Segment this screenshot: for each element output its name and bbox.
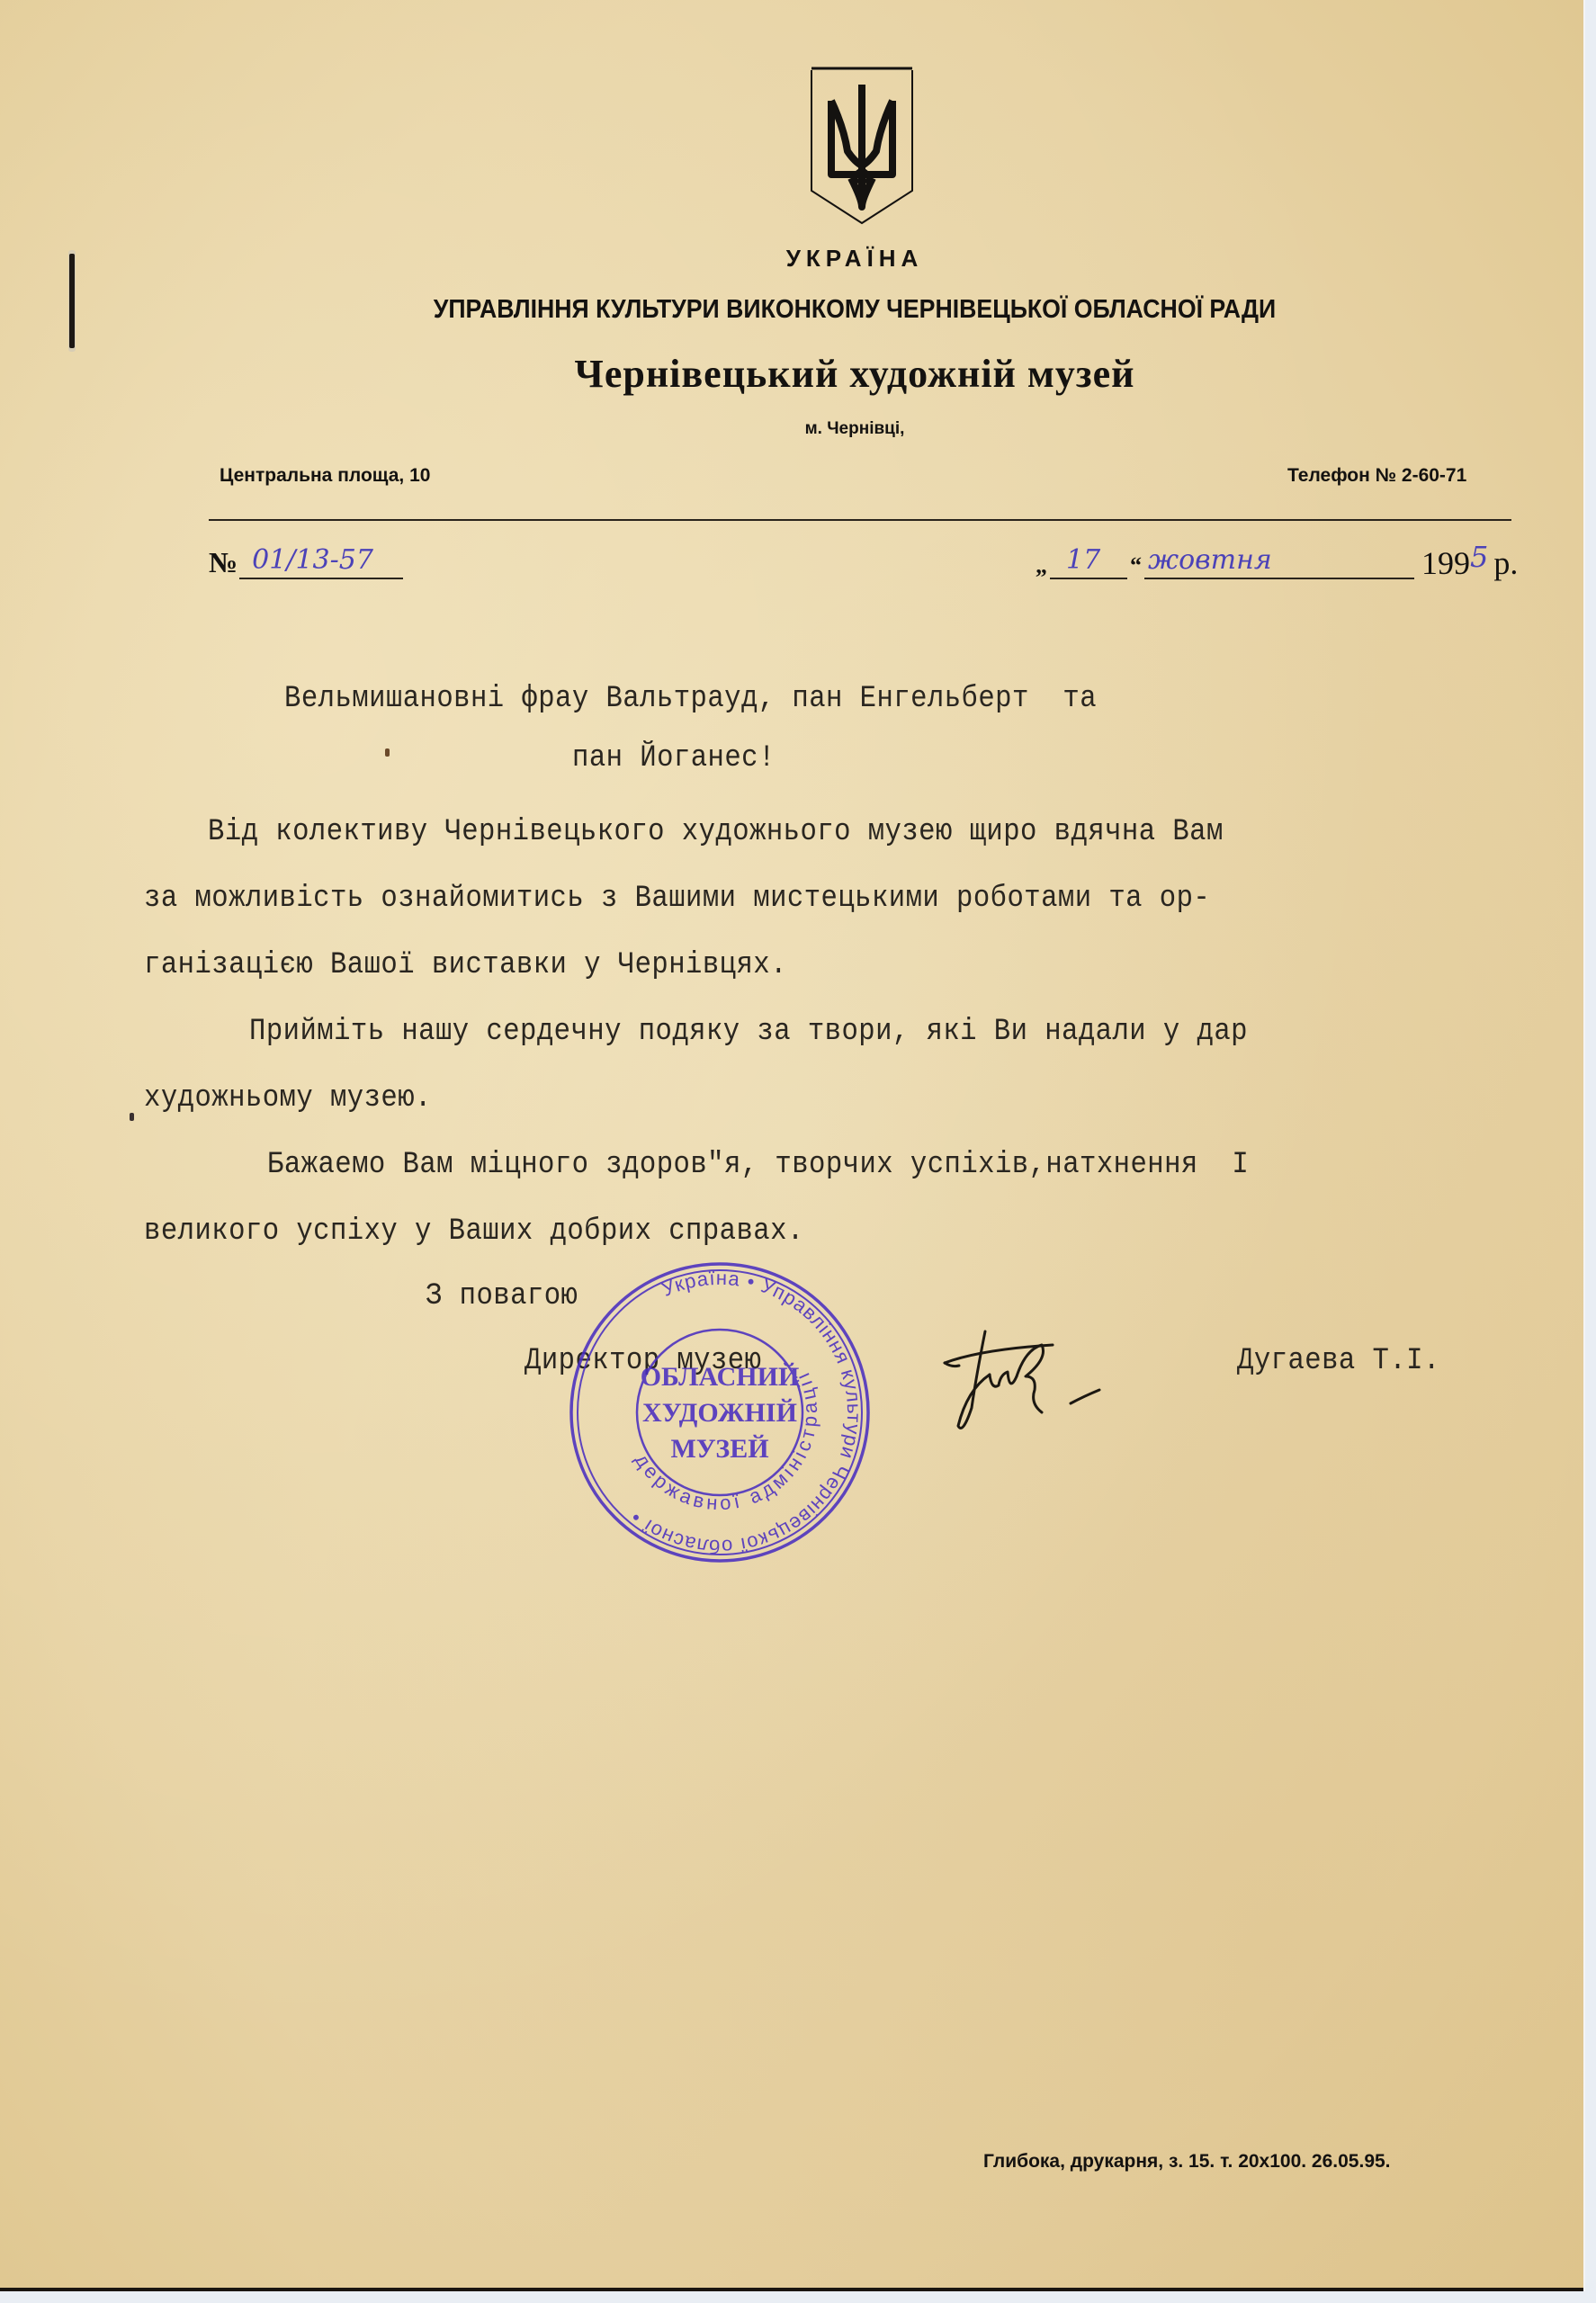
date-month-blank: жовтня — [1144, 545, 1414, 579]
reference-number-blank: 01/13-57 — [239, 545, 403, 579]
handwritten-signature — [936, 1322, 1134, 1439]
date-open-quote: „ — [1036, 552, 1047, 579]
paragraph-3-line-2: великого успіху у Ваших добрих справах. — [144, 1214, 804, 1249]
paragraph-3-line-1: Бажаемо Вам міцного здоров"я, творчих ус… — [267, 1148, 1249, 1182]
trident-coat-of-arms-icon — [808, 65, 916, 227]
paragraph-2-line-2: художньому музею. — [144, 1081, 432, 1116]
date-day-blank: 17 — [1050, 545, 1127, 579]
institution-title: Чернівецький художній музей — [405, 351, 1305, 397]
department-heading: УПРАВЛІННЯ КУЛЬТУРИ ВИКОНКОМУ ЧЕРНІВЕЦЬК… — [399, 295, 1310, 325]
ink-speck — [130, 1113, 134, 1121]
number-sign-label: № — [209, 546, 238, 579]
signatory-name: Дугаева Т.І. — [1237, 1344, 1440, 1378]
date-close-quote: “ — [1130, 552, 1142, 579]
header-divider — [209, 519, 1511, 521]
closing-line: З повагою — [426, 1279, 578, 1313]
year-printed: 199 — [1421, 547, 1470, 579]
paragraph-1-line-3: ганізацією Вашої виставки у Чернівцях. — [144, 948, 787, 982]
stamp-center-line-3: МУЗЕЙ — [670, 1434, 768, 1464]
paragraph-1-line-2: за можливість ознайомитись з Вашими мист… — [144, 882, 1210, 916]
stamp-center-line-1: ОБЛАСНИЙ — [641, 1362, 800, 1392]
date-field: „ 17 “ жовтня 199 5 р. — [1033, 543, 1518, 579]
ink-speck — [385, 748, 390, 757]
staple — [69, 254, 75, 348]
printer-imprint: Глибока, друкарня, з. 15. т. 20х100. 26.… — [983, 2151, 1391, 2173]
paragraph-1-line-1: Від колективу Чернівецького художнього м… — [208, 815, 1224, 849]
reference-number-field: № 01/13-57 — [209, 543, 403, 579]
reference-number-value: 01/13-57 — [252, 544, 373, 576]
phone-line: Телефон № 2-60-71 — [1287, 465, 1466, 487]
official-round-stamp: Україна • Управління культури Чернівецьк… — [562, 1259, 877, 1565]
salutation-line-1: Вельмишановні фрау Вальтрауд, пан Енгель… — [284, 682, 1097, 716]
letter-page: УКРАЇНА УПРАВЛІННЯ КУЛЬТУРИ ВИКОНКОМУ ЧЕ… — [0, 0, 1583, 2291]
date-month-value: жовтня — [1148, 544, 1272, 576]
year-handwritten: 5 — [1470, 540, 1488, 574]
date-day-value: 17 — [1066, 544, 1100, 576]
year-suffix: р. — [1493, 547, 1518, 579]
city-line: м. Чернівці, — [720, 419, 990, 439]
address-line: Центральна площа, 10 — [220, 465, 430, 487]
salutation-line-2: пан Йоганес! — [572, 741, 776, 775]
paragraph-2-line-1: Прийміть нашу сердечну подяку за твори, … — [249, 1015, 1248, 1049]
country-heading: УКРАЇНА — [585, 245, 1125, 273]
stamp-center-line-2: ХУДОЖНІЙ — [642, 1398, 797, 1428]
